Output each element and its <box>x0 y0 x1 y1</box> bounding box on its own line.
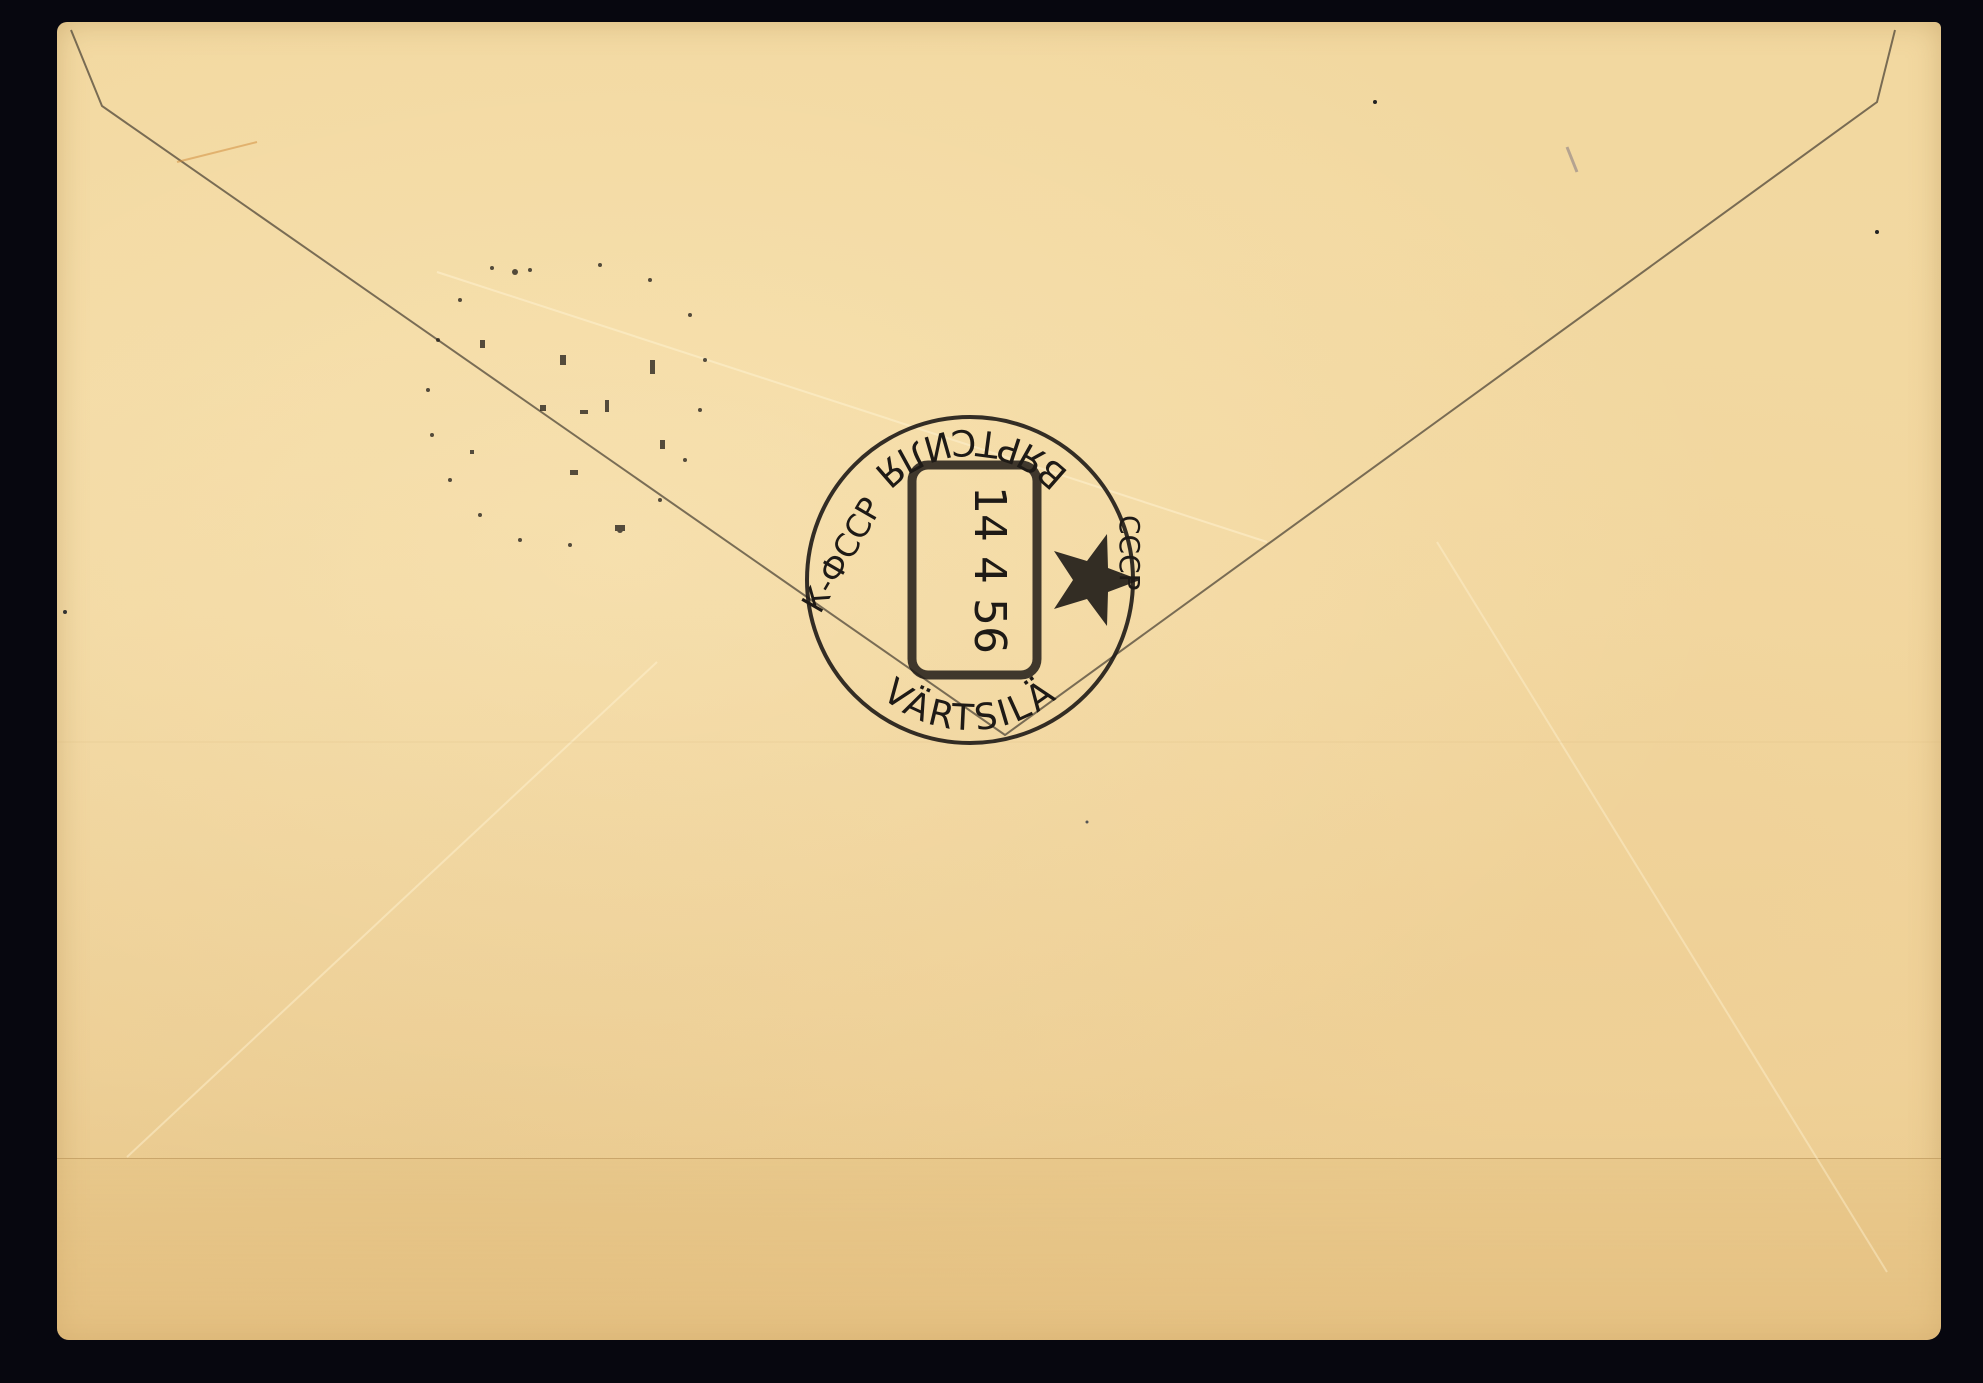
faint-postmark <box>420 260 720 550</box>
postmark-graphic: ВЯРТСИЛЯ VÄRTSILÄ К-ФССР СССР 14 4 56 <box>780 395 1160 765</box>
postmark-date: 14 4 56 <box>964 486 1015 654</box>
postmark-right-text: СССР <box>1113 515 1146 591</box>
postmark: ВЯРТСИЛЯ VÄRTSILÄ К-ФССР СССР 14 4 56 <box>780 395 1160 765</box>
